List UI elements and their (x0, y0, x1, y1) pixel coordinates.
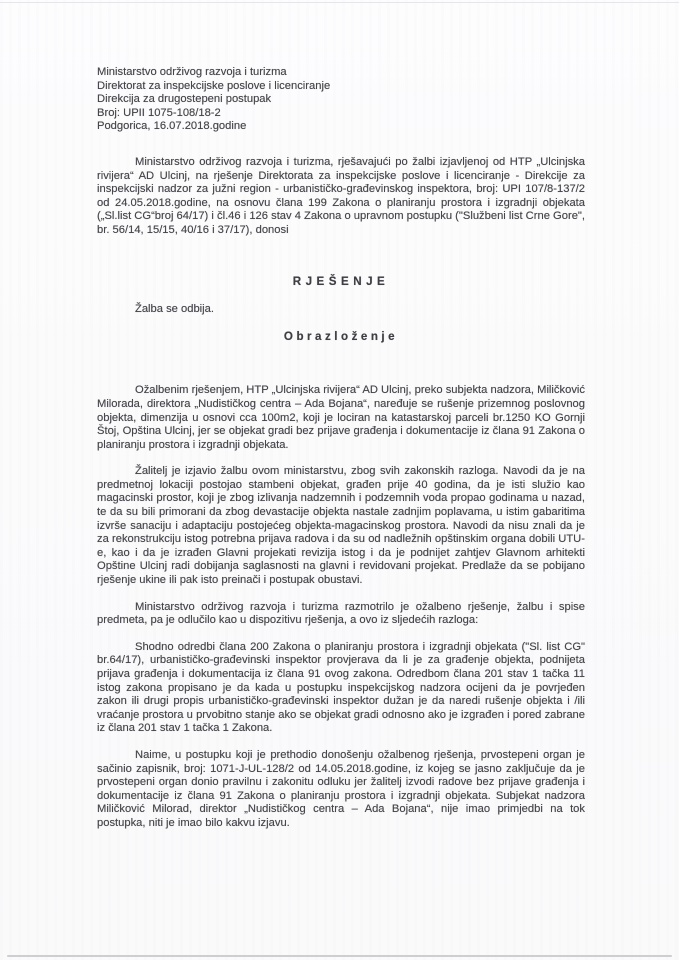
document-content: Ministarstvo održivog razvoja i turizma … (97, 66, 585, 831)
letterhead: Ministarstvo održivog razvoja i turizma … (97, 66, 585, 134)
letterhead-place-date: Podgorica, 16.07.2018.godine (97, 120, 585, 134)
body-paragraph-conclusion: Naime, u postupku koji je prethodio dono… (97, 749, 585, 831)
scan-edge-top (0, 2, 679, 3)
scan-edge-bottom (7, 955, 672, 957)
decision-statement: Žalba se odbija. (97, 303, 585, 317)
letterhead-directorate: Direktorat za inspekcijske poslove i lic… (97, 80, 585, 94)
body-paragraph-appeal-claims: Žalitelj je izjavio žalbu ovom ministars… (97, 465, 585, 587)
rationale-heading: Obrazloženje (97, 330, 585, 344)
letterhead-case-number: Broj: UPII 1075-108/18-2 (97, 107, 585, 121)
body-paragraph-ministry-review: Ministarstvo održivog razvoja i turizma … (97, 601, 585, 628)
scanned-document-page: Ministarstvo održivog razvoja i turizma … (0, 0, 679, 960)
body-paragraph-appealed-decision: Ožalbenim rješenjem, HTP „Ulcinjska rivi… (97, 384, 585, 452)
body-paragraph-legal-basis: Shodno odredbi člana 200 Zakona o planir… (97, 641, 585, 736)
letterhead-directorate-unit: Direkcija za drugostepeni postupak (97, 93, 585, 107)
decision-heading: RJEŠENJE (97, 275, 585, 289)
intro-paragraph: Ministarstvo održivog razvoja i turizma,… (97, 156, 585, 238)
letterhead-ministry: Ministarstvo održivog razvoja i turizma (97, 66, 585, 80)
